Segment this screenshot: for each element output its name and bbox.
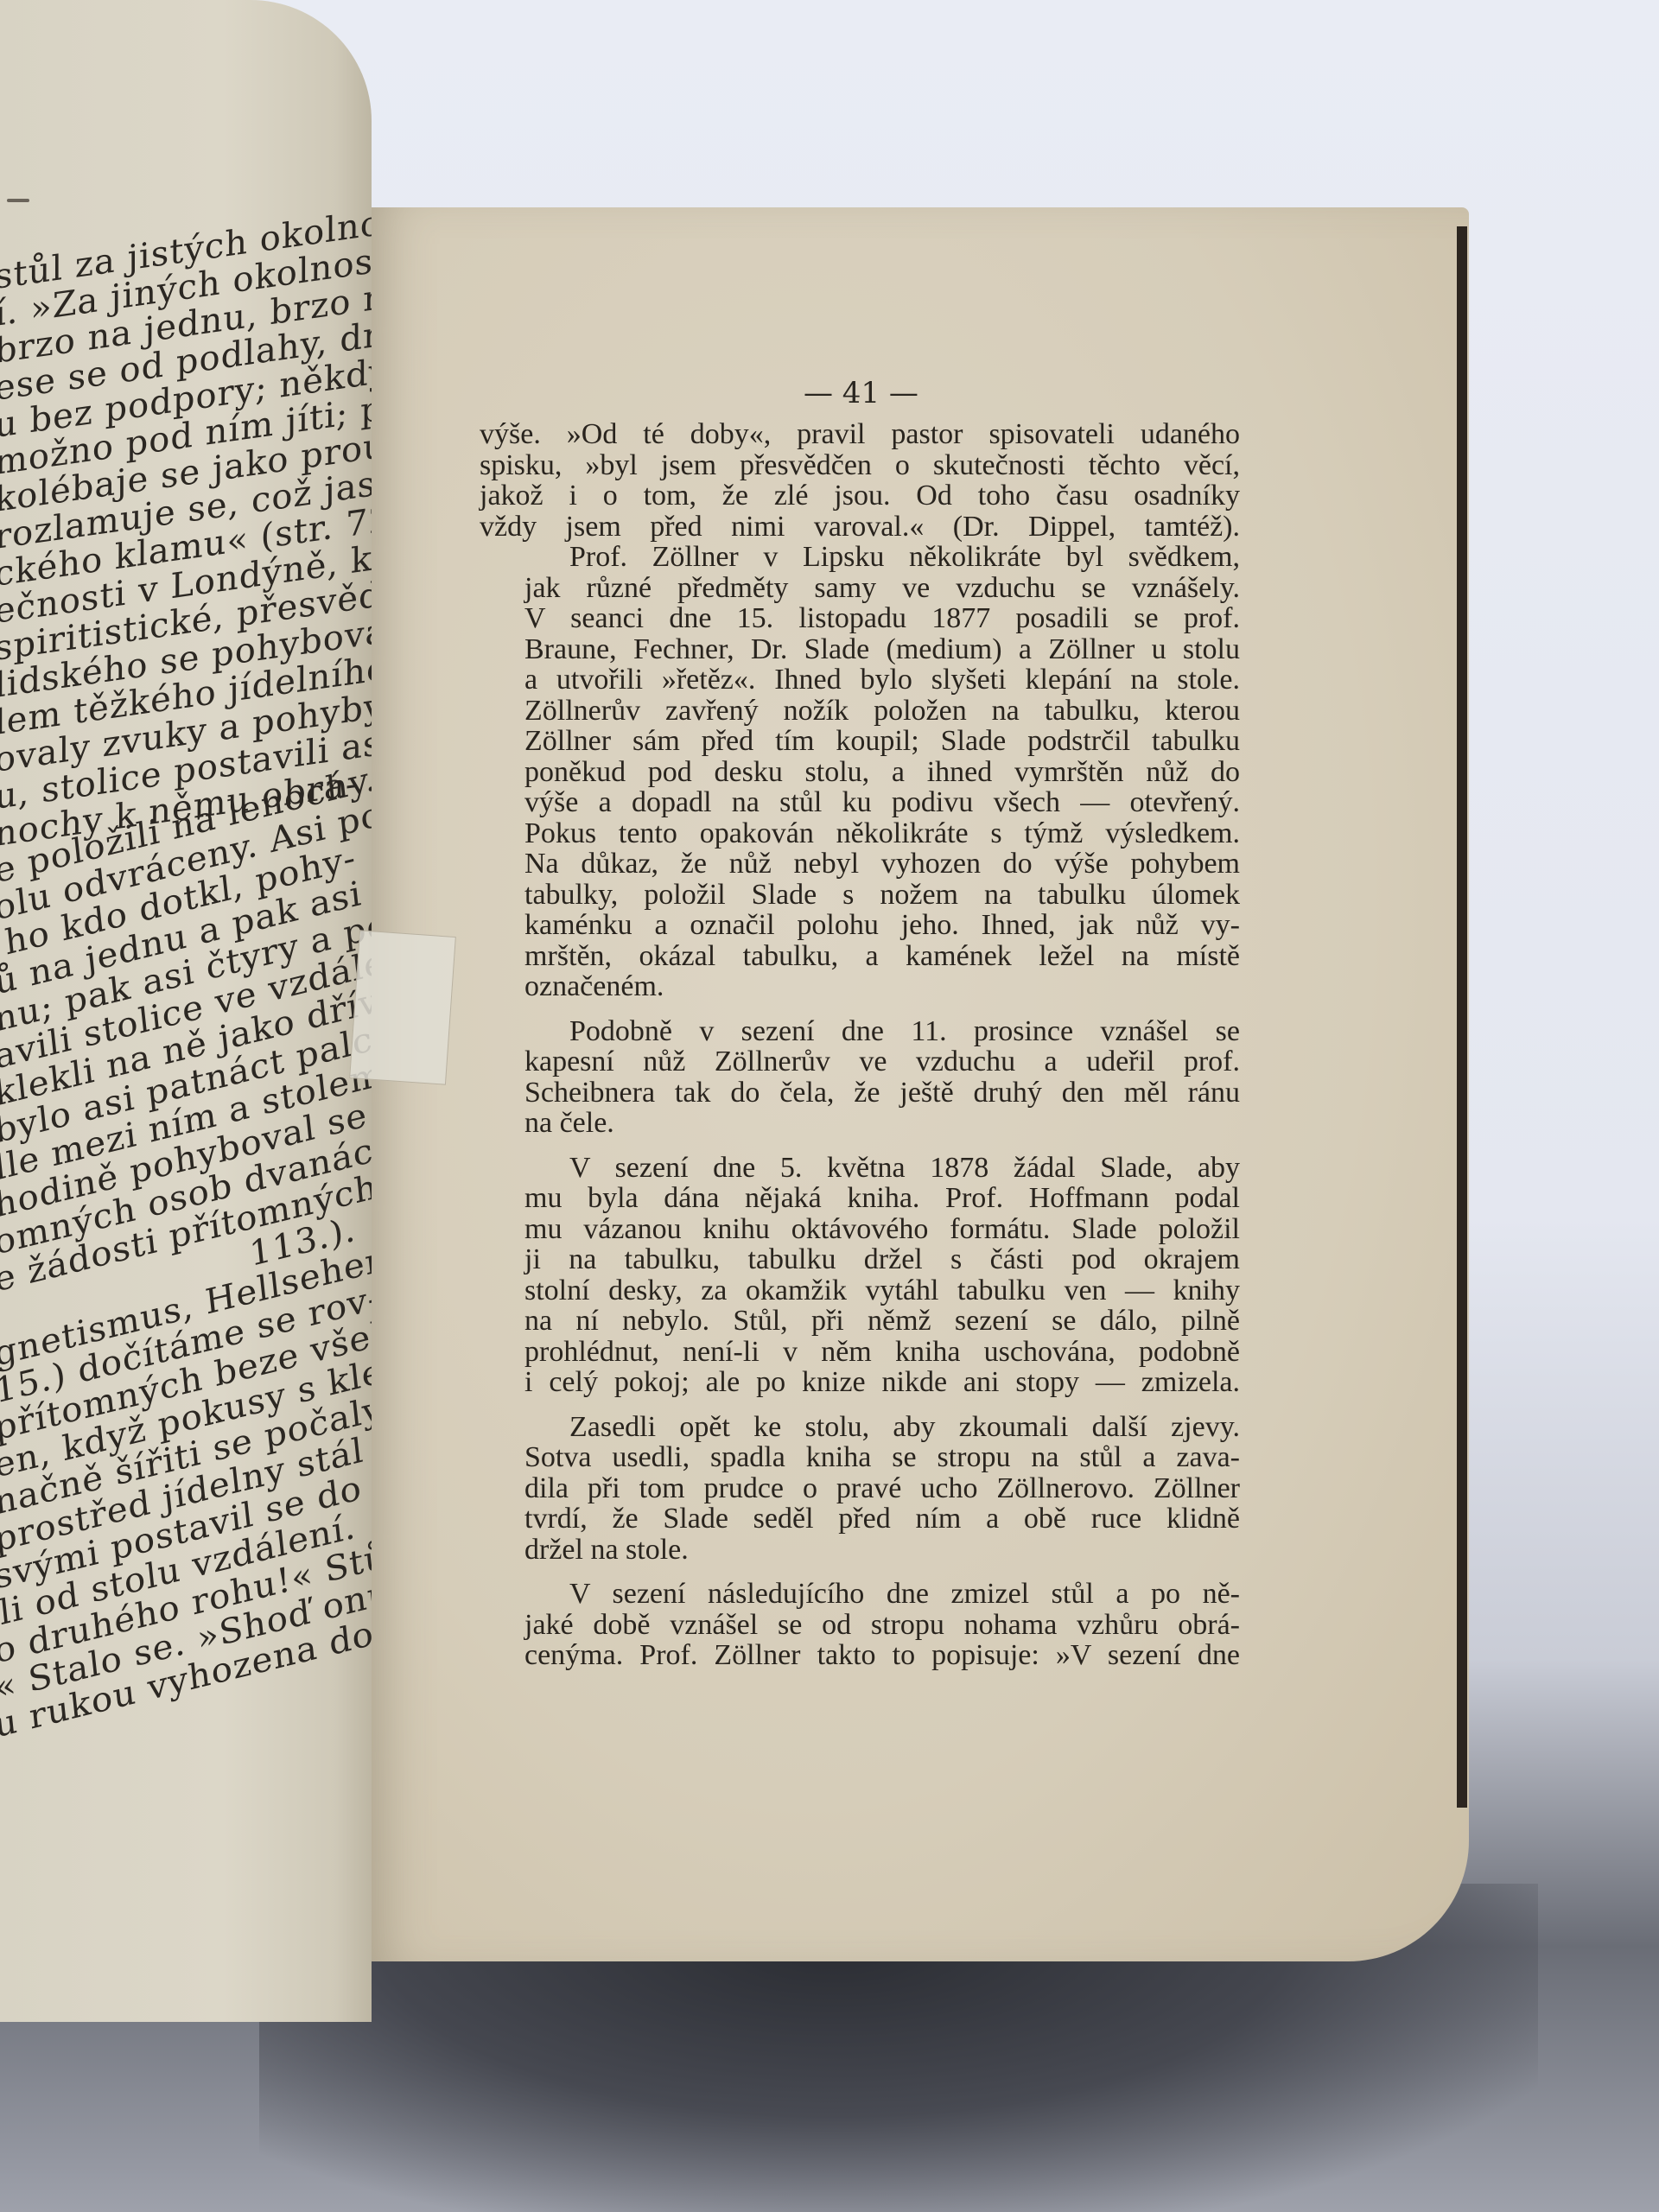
text-line: vždy jsem před nimi varoval.« (Dr. Dippe… bbox=[480, 512, 1240, 543]
left-page-text: stůl za jistých okolnostíí. »Za jiných o… bbox=[0, 208, 358, 1745]
text-line: na čele. bbox=[480, 1108, 1240, 1139]
text-line: Na důkaz, že nůž nebyl vyhozen do výše p… bbox=[480, 849, 1240, 880]
text-line: prohlédnut, není-li v něm kniha uschován… bbox=[480, 1337, 1240, 1368]
text-line: jaké době vznášel se od stropu nohama vz… bbox=[480, 1610, 1240, 1641]
text-line: a utvořili »řetěz«. Ihned bylo slyšeti k… bbox=[480, 664, 1240, 696]
text-line: výše. »Od té doby«, pravil pastor spisov… bbox=[480, 419, 1240, 450]
text-line: jak různé předměty samy ve vzduchu se vz… bbox=[480, 573, 1240, 604]
text-line: Prof. Zöllner v Lipsku několikráte byl s… bbox=[480, 542, 1240, 573]
text-line: Podobně v sezení dne 11. prosince vznáše… bbox=[480, 1016, 1240, 1047]
text-line: Pokus tento opakován několikráte s týmž … bbox=[480, 818, 1240, 849]
text-line: mu vázanou knihu oktávového formátu. Sla… bbox=[480, 1214, 1240, 1245]
repair-tape bbox=[349, 930, 456, 1084]
text-line: jakož i o tom, že zlé jsou. Od toho času… bbox=[480, 480, 1240, 512]
text-line: na ní nebylo. Stůl, při němž sezení se d… bbox=[480, 1306, 1240, 1337]
text-line: tvrdí, že Slade seděl před ním a obě ruc… bbox=[480, 1503, 1240, 1535]
text-line: Zöllner sám před tím koupil; Slade podst… bbox=[480, 726, 1240, 757]
text-line: Zöllnerův zavřený nožík položen na tabul… bbox=[480, 696, 1240, 727]
text-line: Braune, Fechner, Dr. Slade (medium) a Zö… bbox=[480, 634, 1240, 665]
text-line: kaménku a označil polohu jeho. Ihned, ja… bbox=[480, 910, 1240, 941]
right-page-edge bbox=[1457, 226, 1467, 1808]
text-line: ji na tabulku, tabulku držel s části pod… bbox=[480, 1244, 1240, 1275]
text-line: Zasedli opět ke stolu, aby zkoumali dalš… bbox=[480, 1412, 1240, 1443]
paragraph-5: Zasedli opět ke stolu, aby zkoumali dalš… bbox=[480, 1412, 1240, 1566]
text-line: mrštěn, okázal tabulku, a kamének ležel … bbox=[480, 941, 1240, 972]
left-page-dash bbox=[7, 199, 29, 202]
text-line: V sezení dne 5. května 1878 žádal Slade,… bbox=[480, 1153, 1240, 1184]
left-page: stůl za jistých okolnostíí. »Za jiných o… bbox=[0, 0, 372, 2022]
paragraph-6: V sezení následujícího dne zmizel stůl a… bbox=[480, 1579, 1240, 1671]
text-line: Sotva usedli, spadla kniha se stropu na … bbox=[480, 1442, 1240, 1473]
paragraph-1: výše. »Od té doby«, pravil pastor spisov… bbox=[480, 419, 1240, 542]
text-line: tabulky, položil Slade s nožem na tabulk… bbox=[480, 880, 1240, 911]
text-line: stolní desky, za okamžik vytáhl tabulku … bbox=[480, 1275, 1240, 1306]
paragraph-2: Prof. Zöllner v Lipsku několikráte byl s… bbox=[480, 542, 1240, 1002]
text-line: označeném. bbox=[480, 971, 1240, 1002]
text-line: dila při tom prudce o pravé ucho Zöllner… bbox=[480, 1473, 1240, 1504]
text-line: poněkud pod desku stolu, a ihned vymrště… bbox=[480, 757, 1240, 788]
text-line: kapesní nůž Zöllnerův ve vzduchu a udeři… bbox=[480, 1046, 1240, 1077]
text-line: výše a dopadl na stůl ku podivu všech — … bbox=[480, 787, 1240, 818]
text-line: spisku, »byl jsem přesvědčen o skutečnos… bbox=[480, 450, 1240, 481]
paragraph-3: Podobně v sezení dne 11. prosince vznáše… bbox=[480, 1016, 1240, 1139]
right-page-body: výše. »Od té doby«, pravil pastor spisov… bbox=[480, 419, 1240, 1685]
text-line: držel na stole. bbox=[480, 1535, 1240, 1566]
page-number: — 41 — bbox=[804, 376, 918, 410]
text-line: i celý pokoj; ale po knize nikde ani sto… bbox=[480, 1367, 1240, 1398]
text-line: Scheibnera tak do čela, že ještě druhý d… bbox=[480, 1077, 1240, 1109]
text-line: cenýma. Prof. Zöllner takto to popisuje:… bbox=[480, 1640, 1240, 1671]
paragraph-4: V sezení dne 5. května 1878 žádal Slade,… bbox=[480, 1153, 1240, 1398]
text-line: V sezení následujícího dne zmizel stůl a… bbox=[480, 1579, 1240, 1610]
text-line: V seanci dne 15. listopadu 1877 posadili… bbox=[480, 603, 1240, 634]
text-line: mu byla dána nějaká kniha. Prof. Hoffman… bbox=[480, 1183, 1240, 1214]
